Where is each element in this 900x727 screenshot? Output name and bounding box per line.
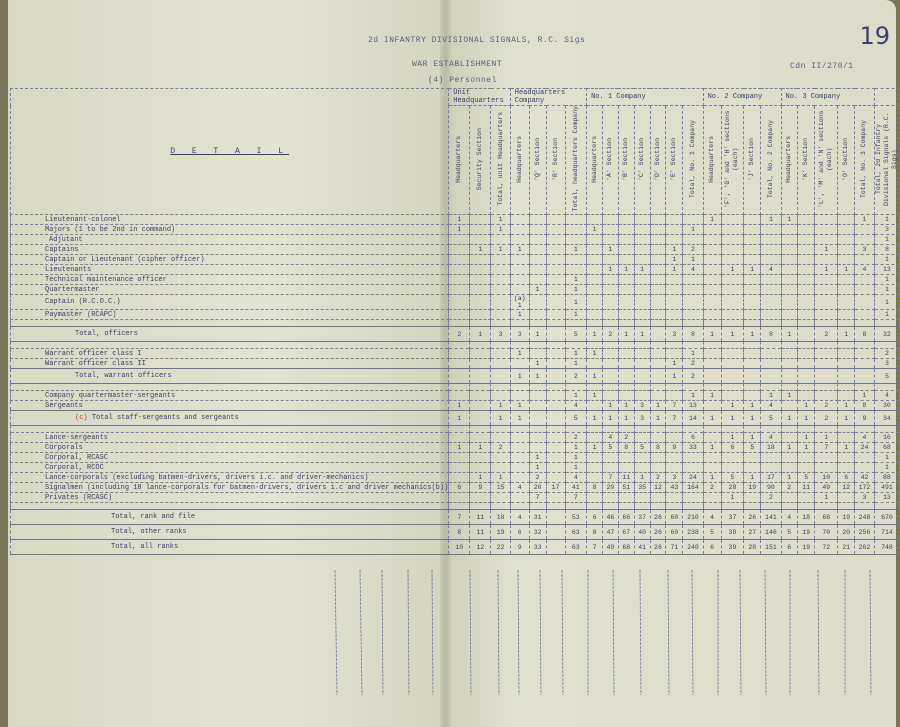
table-cell: 1 xyxy=(838,327,855,342)
table-cell xyxy=(449,493,470,503)
column-header: Headquarters xyxy=(703,106,721,215)
table-cell xyxy=(781,359,797,369)
table-cell: 47 xyxy=(602,525,618,540)
table-cell: 1 xyxy=(761,391,781,401)
table-cell: 1 xyxy=(587,391,603,401)
table-cell xyxy=(587,265,603,275)
table-cell xyxy=(721,359,744,369)
table-cell xyxy=(838,493,855,503)
table-cell xyxy=(838,225,855,235)
table-cell xyxy=(683,285,703,295)
row-label-text: Lieutenant-colonel xyxy=(45,216,121,224)
table-cell: 8 xyxy=(761,327,781,342)
table-cell: 1 xyxy=(781,215,797,225)
table-cell xyxy=(703,401,721,411)
table-cell: 1 xyxy=(587,369,603,384)
table-cell: 1 xyxy=(510,349,529,359)
table-cell xyxy=(470,359,491,369)
table-cell xyxy=(703,453,721,463)
table-cell xyxy=(744,255,761,265)
table-cell: 1 xyxy=(838,265,855,275)
empty-column-rulings xyxy=(320,570,880,700)
table-cell: 43 xyxy=(666,483,683,493)
row-label: Warrant officer class II xyxy=(11,359,449,369)
table-cell: 1 xyxy=(703,215,721,225)
table-cell: 2 xyxy=(683,359,703,369)
table-cell xyxy=(510,359,529,369)
table-cell: 9 xyxy=(855,411,875,426)
table-cell xyxy=(666,433,683,443)
table-cell xyxy=(634,369,650,384)
table-cell xyxy=(744,285,761,295)
table-cell xyxy=(618,245,634,255)
column-header-label: Headquarters xyxy=(516,136,524,183)
table-row: Lieutenant-colonel1111111 xyxy=(11,215,900,225)
table-cell: 28 xyxy=(721,483,744,493)
row-label: (c) Total staff-sergeants and sergeants xyxy=(11,411,449,426)
table-cell: 31 xyxy=(529,510,546,525)
table-cell xyxy=(781,275,797,285)
table-cell xyxy=(546,473,565,483)
table-cell xyxy=(838,359,855,369)
table-cell xyxy=(761,235,781,245)
table-cell: 37 xyxy=(634,510,650,525)
table-cell xyxy=(529,215,546,225)
table-cell: 3 xyxy=(666,473,683,483)
table-cell: 1 xyxy=(565,453,587,463)
table-cell xyxy=(721,453,744,463)
table-cell xyxy=(650,265,666,275)
table-cell: 2 xyxy=(602,327,618,342)
table-cell: 2 xyxy=(565,433,587,443)
table-cell xyxy=(449,245,470,255)
table-cell: 7 xyxy=(815,443,838,453)
table-cell xyxy=(721,463,744,473)
table-cell: 1 xyxy=(781,473,797,483)
row-label: Technical maintenance officer xyxy=(11,275,449,285)
row-label-text: Captains xyxy=(45,246,79,254)
table-cell xyxy=(721,215,744,225)
column-header-label: 'E' Section xyxy=(670,138,678,181)
table-cell: 1 xyxy=(565,359,587,369)
row-label: Lance-sergeants xyxy=(11,433,449,443)
row-label-text: Total staff-sergeants and sergeants xyxy=(92,414,239,422)
table-cell xyxy=(449,235,470,245)
table-cell xyxy=(815,369,838,384)
table-cell xyxy=(721,369,744,384)
table-cell xyxy=(634,255,650,265)
table-cell: 1 xyxy=(618,401,634,411)
table-cell xyxy=(855,359,875,369)
total-row: Total, officers2133151211381118121832 xyxy=(11,327,900,342)
table-cell xyxy=(634,295,650,310)
table-cell xyxy=(721,255,744,265)
table-cell xyxy=(703,310,721,320)
table-cell: 22 xyxy=(491,540,510,555)
table-cell: 240 xyxy=(683,540,703,555)
table-cell: 1 xyxy=(587,327,603,342)
table-cell xyxy=(618,275,634,285)
row-label-text: Privates (RCASC) xyxy=(45,494,112,502)
table-cell xyxy=(470,463,491,473)
table-cell xyxy=(761,275,781,285)
table-row: Corporals1121158589331651811712468 xyxy=(11,443,900,453)
table-cell xyxy=(602,295,618,310)
column-header: Headquarters xyxy=(587,106,603,215)
footnote-annotation: (c) xyxy=(75,414,88,422)
table-cell xyxy=(602,235,618,245)
column-header: 'L', 'M' and 'N' sections (each) xyxy=(815,106,838,215)
table-cell xyxy=(510,225,529,235)
table-cell: 1 xyxy=(781,411,797,426)
table-cell: 1 xyxy=(650,401,666,411)
table-cell: 51 xyxy=(618,483,634,493)
table-cell xyxy=(855,453,875,463)
table-cell: 1 xyxy=(470,443,491,453)
table-cell xyxy=(529,255,546,265)
table-cell: 49 xyxy=(815,483,838,493)
table-cell xyxy=(761,255,781,265)
column-header-label: Total, 2d Infantry Divisional Signals (R… xyxy=(875,106,899,212)
table-cell: 3 xyxy=(491,327,510,342)
table-cell xyxy=(761,463,781,473)
table-cell: 256 xyxy=(855,525,875,540)
table-cell: 72 xyxy=(815,540,838,555)
table-cell: 1 xyxy=(838,401,855,411)
table-cell xyxy=(666,310,683,320)
table-cell xyxy=(838,349,855,359)
table-row: Privates (RCASC)77121313 xyxy=(11,493,900,503)
table-cell xyxy=(510,275,529,285)
table-cell xyxy=(781,401,797,411)
table-cell: 68 xyxy=(618,540,634,555)
table-cell xyxy=(838,245,855,255)
section-title: (4) Personnel xyxy=(428,76,497,85)
table-cell xyxy=(761,225,781,235)
table-cell xyxy=(721,310,744,320)
table-cell: 5 xyxy=(602,443,618,453)
table-row: Technical maintenance officer11 xyxy=(11,275,900,285)
table-cell xyxy=(546,245,565,255)
table-cell xyxy=(587,275,603,285)
table-cell xyxy=(666,295,683,310)
table-cell: 49 xyxy=(602,540,618,555)
table-cell: 1 xyxy=(449,401,470,411)
table-cell xyxy=(529,443,546,453)
table-cell xyxy=(838,215,855,225)
table-cell: 26 xyxy=(650,510,666,525)
table-cell xyxy=(650,349,666,359)
table-cell: 60 xyxy=(666,510,683,525)
table-cell xyxy=(838,235,855,245)
table-cell xyxy=(797,453,814,463)
row-label: Privates (RCASC) xyxy=(11,493,449,503)
table-cell xyxy=(815,255,838,265)
table-cell xyxy=(650,463,666,473)
table-cell: 10 xyxy=(449,540,470,555)
table-cell: 21 xyxy=(838,540,855,555)
row-label-text: Captain (R.C.O.C.) xyxy=(45,298,121,306)
table-cell: 1 xyxy=(874,310,899,320)
table-cell xyxy=(449,453,470,463)
table-cell xyxy=(650,275,666,285)
table-cell: 5 xyxy=(761,411,781,426)
table-cell: 1 xyxy=(587,411,603,426)
table-cell xyxy=(650,327,666,342)
row-label: Adjutant xyxy=(11,235,449,245)
table-cell xyxy=(683,235,703,245)
table-cell xyxy=(618,310,634,320)
table-cell xyxy=(744,369,761,384)
column-header-label: Headquarters xyxy=(591,136,599,183)
column-group-header: Unit Headquarters xyxy=(449,89,511,106)
table-cell: 151 xyxy=(761,540,781,555)
table-cell: 1 xyxy=(602,265,618,275)
table-cell: 13 xyxy=(874,265,899,275)
table-cell xyxy=(650,493,666,503)
table-cell: 210 xyxy=(683,510,703,525)
table-cell xyxy=(546,391,565,401)
table-cell xyxy=(703,265,721,275)
table-cell: 5 xyxy=(721,473,744,483)
table-cell: 68 xyxy=(815,510,838,525)
table-cell xyxy=(449,391,470,401)
table-cell xyxy=(855,225,875,235)
table-cell xyxy=(470,285,491,295)
table-cell: 1 xyxy=(721,493,744,503)
table-cell xyxy=(491,391,510,401)
table-cell xyxy=(546,443,565,453)
table-cell xyxy=(470,391,491,401)
table-cell xyxy=(618,235,634,245)
table-cell xyxy=(618,255,634,265)
table-cell xyxy=(449,359,470,369)
table-cell xyxy=(666,235,683,245)
table-cell xyxy=(721,349,744,359)
table-cell xyxy=(634,359,650,369)
table-cell xyxy=(634,349,650,359)
table-cell: 1 xyxy=(565,295,587,310)
table-cell xyxy=(815,275,838,285)
table-cell xyxy=(546,540,565,555)
table-cell: 1 xyxy=(529,463,546,473)
row-label-text: Lieutenants xyxy=(45,266,91,274)
table-cell xyxy=(797,215,814,225)
table-cell: 19 xyxy=(744,483,761,493)
table-cell xyxy=(797,295,814,310)
table-cell xyxy=(587,245,603,255)
table-row: Signalmen (including 18 lance-corporals … xyxy=(11,483,900,493)
table-cell xyxy=(703,295,721,310)
table-cell: 1 xyxy=(683,391,703,401)
table-cell xyxy=(618,463,634,473)
table-cell: 66 xyxy=(618,510,634,525)
table-cell xyxy=(546,463,565,473)
table-cell: 12 xyxy=(838,483,855,493)
table-cell xyxy=(470,349,491,359)
table-cell: 4 xyxy=(855,265,875,275)
table-cell: 6 xyxy=(721,443,744,453)
table-body: Lieutenant-colonel1111111Majors (1 to be… xyxy=(11,215,900,555)
spacer-row xyxy=(11,342,900,349)
table-cell xyxy=(838,310,855,320)
column-group-header: No. 1 Company xyxy=(587,89,703,106)
table-cell xyxy=(470,493,491,503)
column-group-header: No. 3 Company xyxy=(781,89,874,106)
row-label-text: Majors (1 to be 2nd in command) xyxy=(45,226,175,234)
column-group-header-row: D E T A I L Unit HeadquartersHeadquarter… xyxy=(11,89,900,106)
table-cell xyxy=(666,215,683,225)
table-cell xyxy=(449,275,470,285)
table-cell xyxy=(529,391,546,401)
table-cell: 13 xyxy=(874,493,899,503)
table-cell: 3 xyxy=(634,401,650,411)
table-cell xyxy=(602,453,618,463)
table-cell xyxy=(650,369,666,384)
table-cell: 1 xyxy=(565,349,587,359)
table-cell xyxy=(650,215,666,225)
table-cell: 7 xyxy=(666,411,683,426)
total-row: Total, other ranks8111963263847674026602… xyxy=(11,525,900,540)
table-cell: 1 xyxy=(797,411,814,426)
table-cell: 1 xyxy=(874,463,899,473)
table-cell: 1 xyxy=(797,401,814,411)
table-cell xyxy=(602,255,618,265)
table-cell: 42 xyxy=(855,473,875,483)
table-cell xyxy=(744,215,761,225)
table-cell xyxy=(449,255,470,265)
table-cell xyxy=(529,245,546,255)
table-row: Adjutant1 xyxy=(11,235,900,245)
table-row: Captain (R.C.O.C.)(a) 111 xyxy=(11,295,900,310)
table-cell: 1 xyxy=(470,327,491,342)
row-label-text: Total, warrant officers xyxy=(75,372,172,380)
table-cell xyxy=(838,433,855,443)
table-cell: 40 xyxy=(634,525,650,540)
table-cell: 1 xyxy=(634,473,650,483)
column-header: 'J' Section xyxy=(744,106,761,215)
table-cell: 12 xyxy=(470,540,491,555)
table-cell xyxy=(546,225,565,235)
table-cell xyxy=(634,275,650,285)
table-cell: 5 xyxy=(565,327,587,342)
table-cell: 1 xyxy=(874,215,899,225)
column-header: 'B' Section xyxy=(618,106,634,215)
table-cell: 3 xyxy=(634,411,650,426)
table-cell xyxy=(744,275,761,285)
table-cell: 748 xyxy=(874,540,899,555)
table-cell: 1 xyxy=(721,433,744,443)
table-cell: 146 xyxy=(761,525,781,540)
table-cell xyxy=(546,295,565,310)
table-cell xyxy=(546,327,565,342)
table-cell: 33 xyxy=(683,443,703,453)
table-cell: 24 xyxy=(683,473,703,483)
column-header-label: Headquarters xyxy=(785,136,793,183)
table-cell: 67 xyxy=(618,525,634,540)
document-title: 2d INFANTRY DIVISIONAL SIGNALS, R.C. Sig… xyxy=(368,36,585,45)
table-cell xyxy=(546,235,565,245)
table-cell xyxy=(781,295,797,310)
table-cell: 1 xyxy=(703,411,721,426)
table-cell: 1 xyxy=(721,327,744,342)
table-cell xyxy=(744,349,761,359)
table-cell: 1 xyxy=(838,411,855,426)
table-cell: 1 xyxy=(529,285,546,295)
table-cell: 1 xyxy=(529,359,546,369)
table-cell: 1 xyxy=(491,225,510,235)
column-header-label: 'C' Section xyxy=(638,138,646,181)
table-cell xyxy=(546,525,565,540)
table-cell: 53 xyxy=(565,510,587,525)
spacer-row xyxy=(11,384,900,391)
table-cell: 12 xyxy=(650,483,666,493)
table-cell: 3 xyxy=(855,493,875,503)
table-cell xyxy=(666,463,683,473)
table-cell xyxy=(587,215,603,225)
table-cell xyxy=(815,349,838,359)
total-row: (c) Total staff-sergeants and sergeants1… xyxy=(11,411,900,426)
table-cell: 714 xyxy=(874,525,899,540)
table-cell: 8 xyxy=(618,443,634,453)
table-cell xyxy=(650,245,666,255)
table-cell xyxy=(602,493,618,503)
table-cell xyxy=(855,285,875,295)
table-cell: 1 xyxy=(565,275,587,285)
table-cell: 1 xyxy=(781,391,797,401)
table-cell: 19 xyxy=(838,510,855,525)
row-label-text: Lance-sergeants xyxy=(45,434,108,442)
table-cell xyxy=(683,215,703,225)
table-cell: 1 xyxy=(797,433,814,443)
table-cell xyxy=(838,453,855,463)
table-cell xyxy=(703,285,721,295)
table-cell: 1 xyxy=(721,401,744,411)
row-label: Lance-corporals (excluding batmen-driver… xyxy=(11,473,449,483)
table-cell xyxy=(546,359,565,369)
table-cell xyxy=(470,411,491,426)
column-header: 'E' Section xyxy=(666,106,683,215)
row-label-text: Corporal, RCOC xyxy=(45,464,104,472)
column-header: 'Q' Section xyxy=(529,106,546,215)
table-cell: 68 xyxy=(874,443,899,453)
table-cell: 1 xyxy=(602,401,618,411)
table-cell: 5 xyxy=(565,411,587,426)
table-cell xyxy=(618,453,634,463)
table-cell xyxy=(781,235,797,245)
table-cell: 63 xyxy=(565,525,587,540)
table-cell xyxy=(797,359,814,369)
table-cell xyxy=(703,463,721,473)
table-cell: 262 xyxy=(855,540,875,555)
table-cell: 1 xyxy=(874,295,899,310)
column-header: 'R' Section xyxy=(546,106,565,215)
table-cell: 16 xyxy=(874,433,899,443)
table-cell: 1 xyxy=(587,225,603,235)
table-cell xyxy=(587,433,603,443)
table-cell: 4 xyxy=(761,265,781,275)
table-cell xyxy=(529,401,546,411)
column-header-label: Total, No. 3 Company xyxy=(860,120,868,198)
table-cell xyxy=(587,255,603,265)
table-cell: 1 xyxy=(781,327,797,342)
table-cell xyxy=(815,359,838,369)
table-cell: 8 xyxy=(650,443,666,453)
table-cell xyxy=(683,275,703,285)
table-cell: 1 xyxy=(666,359,683,369)
table-cell xyxy=(761,295,781,310)
table-cell: 63 xyxy=(565,540,587,555)
